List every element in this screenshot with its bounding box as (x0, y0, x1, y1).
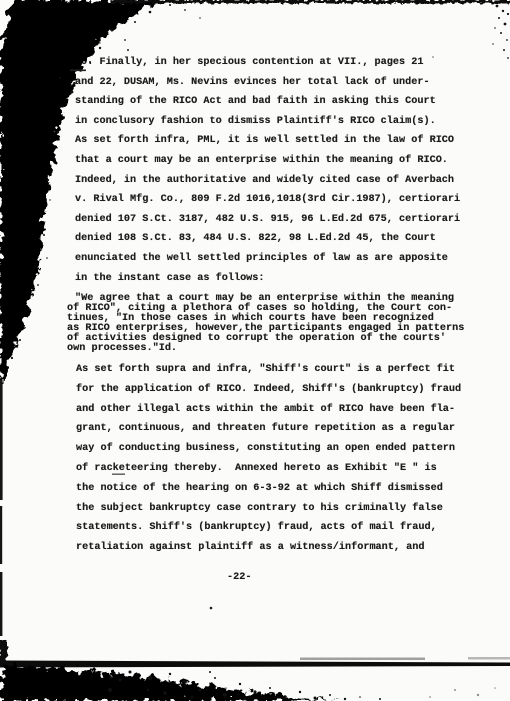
body-line: As set forth supra and infra, "Shiff's c… (76, 360, 461, 380)
body-line: grant, continuous, and threaten future r… (76, 419, 461, 439)
body-line: of racketeering thereby. Annexed hereto … (76, 459, 461, 479)
body-line: 20. Finally, in her specious contention … (75, 53, 460, 73)
body-line: in the instant case as follows: (75, 269, 460, 289)
scan-artifact-bottom-left-blob (0, 665, 496, 701)
scan-artifact-top-right-speckle (492, 5, 509, 59)
body-line: enunciated the well settled principles o… (75, 249, 460, 269)
body-line: that a court may be an enterprise within… (75, 151, 460, 171)
body-line: As set forth infra, PML, it is well sett… (75, 131, 460, 151)
body-line: denied 107 S.Ct. 3187, 482 U.S. 915, 96 … (75, 210, 460, 230)
page-number: -22- (227, 572, 251, 583)
body-line: standing of the RICO Act and bad faith i… (75, 92, 460, 112)
body-line: statements. Shiff's (bankruptcy) fraud, … (76, 518, 461, 538)
body-line: the subject bankruptcy case contrary to … (76, 499, 461, 519)
blockquote: "We agree that a court may be an enterpr… (67, 294, 464, 355)
body-line: in conclusory fashion to dismiss Plainti… (75, 112, 460, 132)
body-line: and 22, DUSAM, Ms. Nevins evinces her to… (75, 73, 460, 93)
body-line: way of conducting business, constituting… (76, 439, 461, 459)
scanned-document-page: 20. Finally, in her specious contention … (0, 0, 510, 701)
body-line: the notice of the hearing on 6-3-92 at w… (76, 479, 461, 499)
body-line: and other illegal acts within the ambit … (76, 400, 461, 420)
paragraph-2: As set forth supra and infra, "Shiff's c… (76, 360, 461, 558)
body-line: denied 108 S.Ct. 83, 484 U.S. 822, 98 L.… (75, 229, 460, 249)
paragraph-1: 20. Finally, in her specious contention … (75, 53, 460, 288)
body-line: v. Rival Mfg. Co., 809 F.2d 1016,1018(3r… (75, 190, 460, 210)
body-line: for the application of RICO. Indeed, Shi… (76, 380, 461, 400)
body-line: Indeed, in the authoritative and widely … (75, 171, 460, 191)
scan-artifact-bottom-line (0, 657, 510, 668)
body-line: retaliation against plaintiff as a witne… (76, 538, 461, 558)
quote-line: own processes."Id. (67, 344, 464, 354)
scan-artifact-top-edge-line (110, 0, 510, 4)
scan-artifact-left-edge-line (0, 380, 7, 661)
